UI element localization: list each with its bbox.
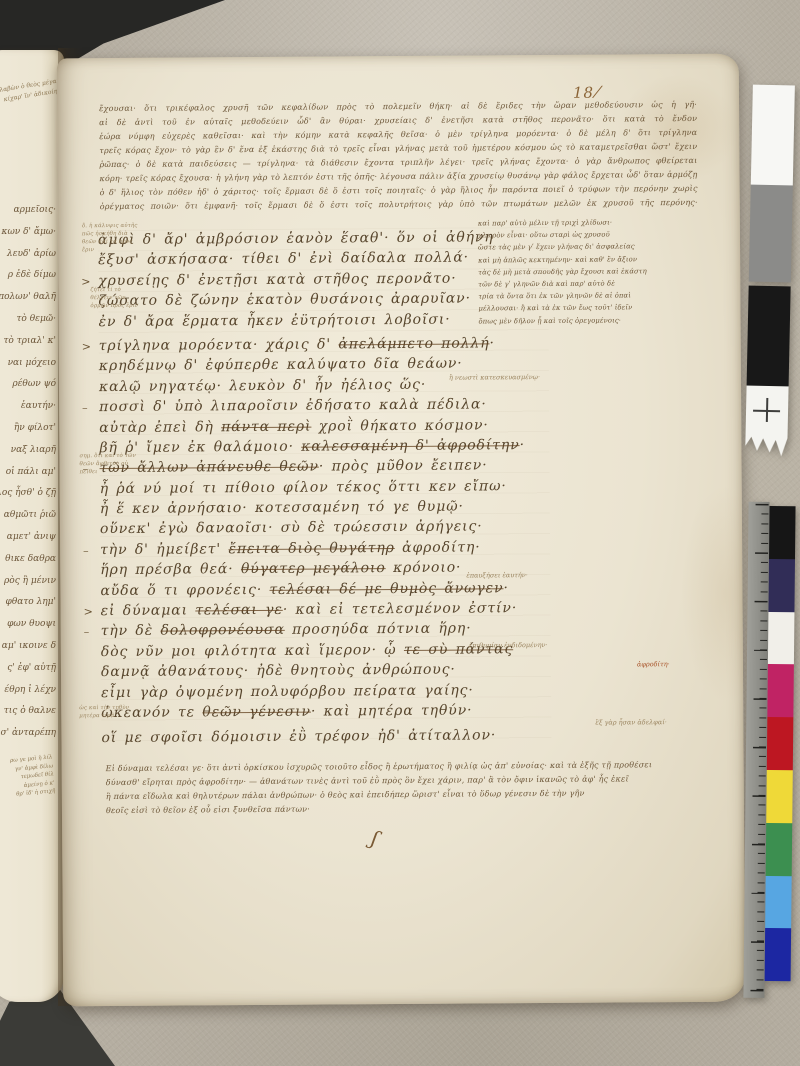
color-patch	[767, 717, 794, 770]
facing-line-fragment: αμετ' ἀνιψ	[0, 527, 56, 549]
marginal-gloss-aphrodite: ἀφροδίτη·	[637, 660, 670, 668]
interlinear-gloss-negateo: ἢ νεωστὶ κατεσκευασμένῳ·	[449, 373, 540, 382]
manuscript-page: 18⁄ ἔχουσαι· ὅτι τρικέφαλος χρυσῆ τῶν κε…	[57, 54, 746, 1007]
color-patch	[766, 823, 793, 876]
verse-text: · πρὸς μῦθον ἔειπεν·	[319, 458, 488, 475]
facing-line-fragment: φων θυοψι	[0, 614, 56, 636]
facing-line-fragment: ρὸς ἢ μένιν	[0, 571, 56, 593]
verse-text-struck: δολοφρονέουσα	[160, 622, 284, 639]
scholia-line: θεοῖς εἰσὶ τὸ θεῖον ἐξ οὗ εἰσι ξυνθεῖσα …	[106, 800, 706, 818]
left-margin-note-4: ὡς καὶ τὴν τηθὺν μητέρα τιμᾷ	[79, 704, 145, 720]
interlinear-gloss-epithym: ἐπιθυμίαν ἐνδιδομένην·	[469, 641, 548, 650]
facing-line-fragment: ναι μόχειο	[0, 353, 56, 375]
facing-line-fragment: τις ὁ θαλνε	[0, 701, 56, 723]
color-patch	[768, 612, 795, 665]
verse-text: αὔδα ὅ τι φρονέεις·	[100, 582, 269, 599]
critical-mark: –	[84, 623, 98, 644]
verse-text: ἐν δ' ἄρα ἕρματα ἧκεν ἐϋτρήτοισι λοβοῖσι…	[98, 311, 450, 329]
verse-text: ·	[489, 335, 494, 351]
pen-flourish-mark: ʃ	[369, 826, 381, 851]
verse-text-struck: καλεσσαμένη δ' ἀφροδίτην	[301, 437, 519, 455]
facing-line-fragment: αμ' ικοινε δ	[0, 636, 56, 658]
verse-text: τὴν δὲ	[101, 623, 161, 639]
facing-line-fragment: ἢν φίλοτ'	[0, 418, 56, 440]
color-scale-bar	[743, 502, 796, 998]
color-patch	[768, 559, 795, 612]
verse-text: ·	[520, 437, 525, 453]
verse-text: τὴν δ' ἠμείβετ'	[100, 541, 228, 558]
manuscript-photograph: θ'. λαβὼν ὁ θεὸς μέγακίχαρ' ἵν' ἀδικοίη …	[0, 0, 800, 1066]
color-patch	[769, 506, 796, 559]
facing-line-fragment: ἑαυτήν·	[0, 396, 56, 418]
verse-line: ὠκεανόν τε θεῶν γένεσιν· καὶ μητέρα τηθύ…	[101, 700, 551, 724]
facing-line-fragment: τὸ τριαλ' κ'	[0, 331, 56, 353]
critical-mark: >	[82, 337, 96, 358]
facing-line-fragment: θικε δαθρα	[0, 549, 56, 571]
left-margin-note-1: ὅ. ἡ κάλυψις αὐτῆς πῶς ἠσκήθη διὰ θεῶν κ…	[82, 222, 144, 254]
critical-mark: –	[83, 541, 97, 562]
facing-line-fragment: αθμῶτι ῥιῶ	[0, 505, 56, 527]
verse-text: εἶμι γὰρ ὀψομένη πολυφόρβου πείρατα γαίη…	[101, 682, 474, 701]
facing-line-fragment: έθρη ἰ λέχν	[0, 680, 56, 702]
facing-line-fragment: οἱ πάλι αμ'	[0, 462, 56, 484]
registration-cross-icon	[753, 397, 781, 425]
facing-line-fragment: τὸ θεμῶ·	[0, 309, 56, 331]
verse-text-struck: ἔπειτα διὸς θυγάτηρ	[228, 540, 394, 557]
verse-text: δαμνᾷ ἀθανάτους· ἠδὲ θνητοὺς ἀνθρώπους·	[101, 662, 456, 680]
verse-text: ἦ ῥά νύ μοί τι πίθοιο φίλον τέκος ὅττι κ…	[100, 478, 507, 497]
top-scholia-block: ἔχουσαι· ὅτι τρικέφαλος χρυσῆ τῶν κεφαλί…	[99, 98, 698, 214]
color-patch	[766, 770, 793, 823]
facing-page-line-endings: αρμεῖοις·κων δ' ἄμω·λευδ' ἀρίωρ ἐδὲ δίμω…	[0, 200, 56, 745]
color-patch	[765, 928, 792, 981]
verse-text-struck: τελέσαι δέ με θυμὸς ἄνωγεν	[269, 580, 503, 598]
facing-line-fragment: λος ἦσθ' ὁ ζῇ	[0, 483, 56, 505]
left-margin-note-2: ζήτει τί τὸ θέλγειν τῶν ὁρμῶν πρὸς ἔριν	[90, 286, 140, 310]
grayscale-patch	[749, 185, 793, 283]
verse-text: εἰ δύναμαι	[101, 602, 196, 619]
critical-mark: >	[83, 602, 97, 623]
verse-text: · καὶ εἰ τετελεσμένον ἐστίν·	[283, 600, 517, 618]
verse-text: ἦ ἕ κεν ἀρνήσαιο· κοτεσσαμένη τό γε θυμῷ…	[100, 499, 464, 518]
facing-page-top-notes: θ'. λαβὼν ὁ θεὸς μέγακίχαρ' ἵν' ἀδικοίη	[0, 77, 58, 107]
facing-line-fragment: ναξ λιαρῆ	[0, 440, 56, 462]
facing-line-fragment: φθατο λημ'	[0, 592, 56, 614]
left-margin-note-3: σημ. ὅτι καὶ τὸ τῶν θεῶν ἄφθιτον οὐ πείθ…	[79, 452, 143, 476]
verse-text-struck: θεῶν γένεσιν	[202, 704, 311, 721]
facing-page-bottom-notes: ρω γε μοὶ ἡ λίλγν' ἀμφὶ δίλωτεμωδεῖ θίλἀ…	[0, 753, 56, 801]
verse-text: αὐτὰρ ἐπεὶ δὴ	[99, 419, 221, 436]
grayscale-patch	[747, 286, 791, 387]
facing-line-fragment: λευδ' ἀρίω	[0, 244, 56, 266]
verse-line: ἐν δ' ἄρα ἕρματα ἧκεν ἐϋτρήτοισι λοβοῖσι…	[98, 309, 548, 333]
verse-text-struck: ἀπελάμπετο πολλή	[338, 335, 489, 352]
facing-line-fragment: ρέθων ψό	[0, 374, 56, 396]
verse-text: οἵ με σφοῖσι δόμοισιν ἐῢ τρέφον ἠδ' ἀτίτ…	[101, 728, 496, 747]
verse-text: ποσσὶ δ' ὑπὸ λιπαροῖσιν ἐδήσατο καλὰ πέδ…	[99, 397, 487, 416]
verse-text: ·	[503, 580, 508, 596]
facing-line-fragment: κων δ' ἄμω·	[0, 222, 56, 244]
verse-text: ἀφροδίτη·	[395, 539, 481, 556]
color-patch	[765, 876, 792, 929]
marginal-gloss-six-sisters: ἓξ γὰρ ἦσαν ἀδελφαί·	[595, 718, 667, 726]
verse-text-struck: θύγατερ μεγάλοιο	[241, 560, 386, 577]
color-patches	[765, 506, 796, 981]
facing-line-fragment: ρ ἐδὲ δίμω	[0, 265, 56, 287]
facing-line-fragment: αρμεῖοις·	[0, 200, 56, 222]
verse-text: προσηύδα πότνια ἥρη·	[285, 621, 472, 638]
critical-mark: –	[82, 398, 96, 419]
bottom-scholia-block: Εἰ δύναμαι τελέσαι γε· ὅτι ἀντὶ ὁρκίσκου…	[106, 758, 706, 818]
facing-line-fragment: σ' ἀνταρέπη	[0, 723, 56, 745]
grayscale-scale-bar	[745, 85, 795, 457]
verse-text: ἀμφὶ δ' ἄρ' ἀμβρόσιον ἑανὸν ἕσαθ'· ὅν οἱ…	[98, 229, 494, 248]
grayscale-patch	[751, 85, 795, 186]
facing-line-fragment: πολων' θαλῆ	[0, 287, 56, 309]
interlinear-gloss-epaux: ἐπαυξήσει ἑαυτήν·	[466, 571, 528, 579]
verse-text: δὸς νῦν μοι φιλότητα καὶ ἵμερον· ᾧ	[101, 642, 404, 660]
verse-text: ἥρη πρέσβα θεά·	[100, 561, 241, 578]
parchment-stain	[680, 483, 746, 704]
verse-line: οἵ με σφοῖσι δόμοισιν ἐῢ τρέφον ἠδ' ἀτίτ…	[101, 725, 551, 749]
main-text-block: ἀμφὶ δ' ἄρ' ἀμβρόσιον ἑανὸν ἕσαθ'· ὅν οἱ…	[98, 227, 552, 749]
verse-text-struck: τελέσαι γε	[195, 602, 283, 619]
verse-text: κρόνοιο·	[386, 560, 462, 577]
verse-text: · καὶ μητέρα τηθύν·	[311, 702, 473, 719]
facing-line-fragment: ς' ἐφ' αὑτῇ	[0, 658, 56, 680]
color-patch	[767, 664, 794, 717]
facing-page-edge: θ'. λαβὼν ὁ θεὸς μέγακίχαρ' ἵν' ἀδικοίη …	[0, 50, 64, 1002]
verse-text: κρηδέμνῳ δ' ἐφύπερθε καλύψατο δῖα θεάων·	[99, 356, 463, 375]
verse-text: ζώσατο δὲ ζώνην ἑκατὸν θυσάνοις ἀραρυῖαν…	[98, 291, 471, 310]
verse-text: οὕνεκ' ἐγὼ δαναοῖσι· σὺ δὲ τρώεσσιν ἀρήγ…	[100, 519, 483, 538]
verse-text: ἔξυσ' ἀσκήσασα· τίθει δ' ἐνὶ δαίδαλα πολ…	[98, 250, 469, 269]
verse-text: χροῒ θήκατο κόσμον·	[311, 417, 488, 434]
verse-text: χρυσείῃς δ' ἐνετῇσι κατὰ στῆθος περονᾶτο…	[98, 270, 456, 289]
verse-text-struck: πάντα περὶ	[221, 418, 311, 435]
verse-text: τρίγληνα μορόεντα· χάρις δ'	[99, 336, 339, 354]
verse-text: καλῷ νηγατέῳ· λευκὸν δ' ἦν ἠέλιος ὥς·	[99, 377, 426, 395]
scholia-line: ὀρέγματος ποιῶν· ὅτι ἐμφανῆ· τοῖς ἕρμασι…	[100, 196, 698, 214]
